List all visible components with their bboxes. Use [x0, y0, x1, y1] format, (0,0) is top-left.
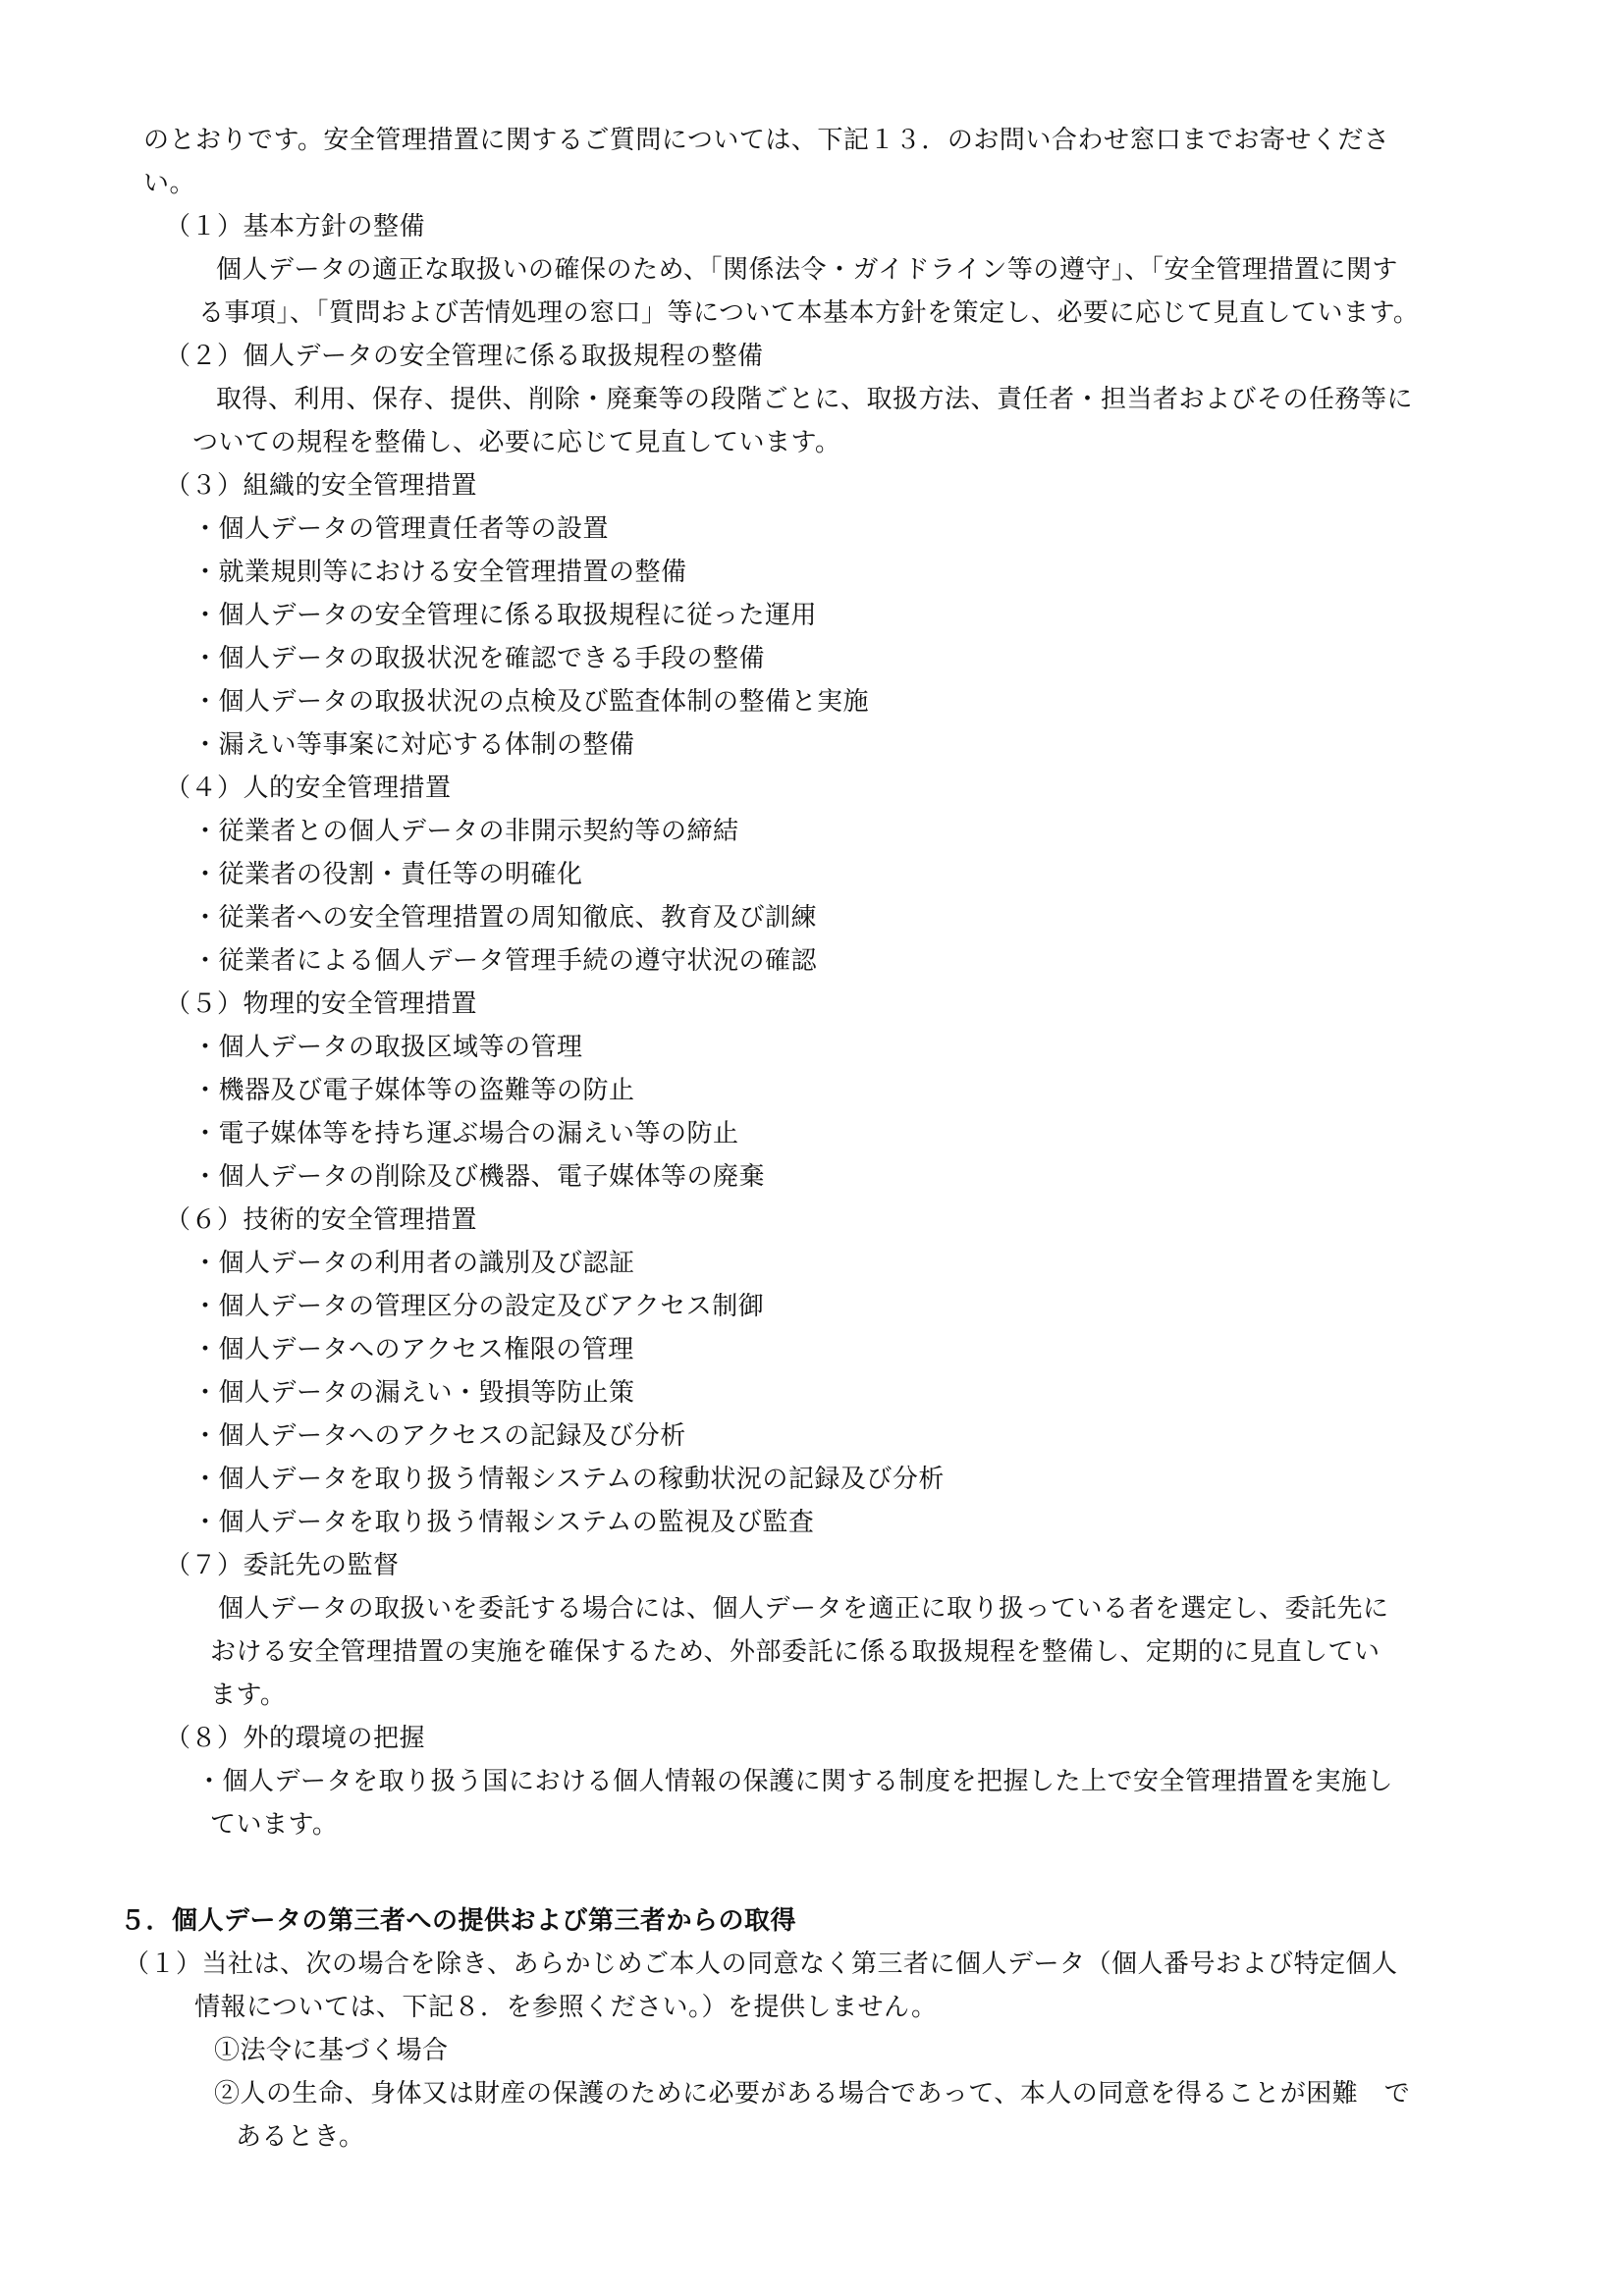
s7-title: （７）委託先の監督: [165, 1551, 400, 1580]
s1-title: （１）基本方針の整備: [165, 212, 425, 241]
s5-item: ・電子媒体等を持ち運ぶ場合の漏えい等の防止: [192, 1119, 739, 1148]
s4-item: ・従業者への安全管理措置の周知徹底、教育及び訓練: [192, 903, 817, 933]
section-5-case-2-line-1: ②人の生命、身体又は財産の保護のために必要がある場合であって、本人の同意を得るこ…: [214, 2079, 1410, 2109]
s3-item: ・個人データの管理責任者等の設置: [192, 514, 609, 544]
s6-item: ・個人データの漏えい・毀損等防止策: [192, 1378, 635, 1408]
s6-item: ・個人データへのアクセスの記録及び分析: [192, 1421, 686, 1451]
s6-item: ・個人データを取り扱う情報システムの稼動状況の記録及び分析: [192, 1465, 945, 1494]
s4-item: ・従業者の役割・責任等の明確化: [192, 860, 583, 889]
section-5-case-2-line-2: あるとき。: [236, 2122, 364, 2152]
section-5-p1-line-2: 情報については、下記８．を参照ください。）を提供しません。: [194, 1993, 938, 2022]
s6-item: ・個人データの利用者の識別及び認証: [192, 1249, 635, 1278]
s4-title: （４）人的安全管理措置: [165, 774, 452, 803]
s5-item: ・機器及び電子媒体等の盗難等の防止: [192, 1076, 635, 1105]
intro-line-2: い。: [143, 169, 195, 198]
s1-body-2: る事項」、「質問および苦情処理の窓口」等について本基本方針を策定し、必要に応じて…: [198, 298, 1419, 328]
section-5-p1-line-1: （１）当社は、次の場合を除き、あらかじめご本人の同意なく第三者に個人データ（個人…: [124, 1949, 1397, 1979]
s2-body-2: ついての規程を整備し、必要に応じて見直しています。: [192, 428, 840, 457]
s5-item: ・個人データの削除及び機器、電子媒体等の廃棄: [192, 1162, 765, 1192]
s5-item: ・個人データの取扱区域等の管理: [192, 1033, 583, 1062]
s7-body-2: おける安全管理措置の実施を確保するため、外部委託に係る取扱規程を整備し、定期的に…: [210, 1637, 1380, 1667]
s2-body-1: 取得、利用、保存、提供、削除・廃棄等の段階ごとに、取扱方法、責任者・担当者および…: [216, 385, 1413, 414]
s3-item: ・個人データの取扱状況を確認できる手段の整備: [192, 644, 765, 673]
s5-title: （５）物理的安全管理措置: [165, 989, 477, 1019]
s3-item: ・就業規則等における安全管理措置の整備: [192, 558, 687, 587]
s6-item: ・個人データの管理区分の設定及びアクセス制御: [192, 1292, 764, 1321]
s3-item: ・個人データの取扱状況の点検及び監査体制の整備と実施: [192, 687, 869, 717]
section-5-case-1: ①法令に基づく場合: [214, 2036, 449, 2065]
s7-body-3: ます。: [210, 1681, 286, 1710]
s3-item: ・漏えい等事案に対応する体制の整備: [192, 730, 635, 760]
s6-title: （６）技術的安全管理措置: [165, 1205, 477, 1235]
s4-item: ・従業者による個人データ管理手続の遵守状況の確認: [192, 946, 817, 976]
s3-title: （３）組織的安全管理措置: [165, 471, 477, 501]
s3-item: ・個人データの安全管理に係る取扱規程に従った運用: [192, 601, 817, 630]
s8-body-2: ています。: [210, 1810, 338, 1840]
s2-title: （２）個人データの安全管理に係る取扱規程の整備: [165, 342, 764, 371]
s7-body-1: 個人データの取扱いを委託する場合には、個人データを適正に取り扱っている者を選定し…: [218, 1594, 1389, 1624]
s4-item: ・従業者との個人データの非開示契約等の締結: [192, 817, 739, 846]
intro-line-1: のとおりです。安全管理措置に関するご質問については、下記１３．のお問い合わせ窓口…: [143, 126, 1389, 155]
s6-item: ・個人データを取り扱う情報システムの監視及び監査: [192, 1508, 814, 1537]
s6-item: ・個人データへのアクセス権限の管理: [192, 1335, 634, 1364]
section-5-heading: ５．個人データの第三者への提供および第三者からの取得: [120, 1906, 796, 1936]
s1-body-1: 個人データの適正な取扱いの確保のため、「関係法令・ガイドライン等の遵守」、「安全…: [216, 255, 1398, 285]
s8-body-1: ・個人データを取り扱う国における個人情報の保護に関する制度を把握した上で安全管理…: [196, 1767, 1393, 1796]
s8-title: （８）外的環境の把握: [165, 1724, 425, 1753]
